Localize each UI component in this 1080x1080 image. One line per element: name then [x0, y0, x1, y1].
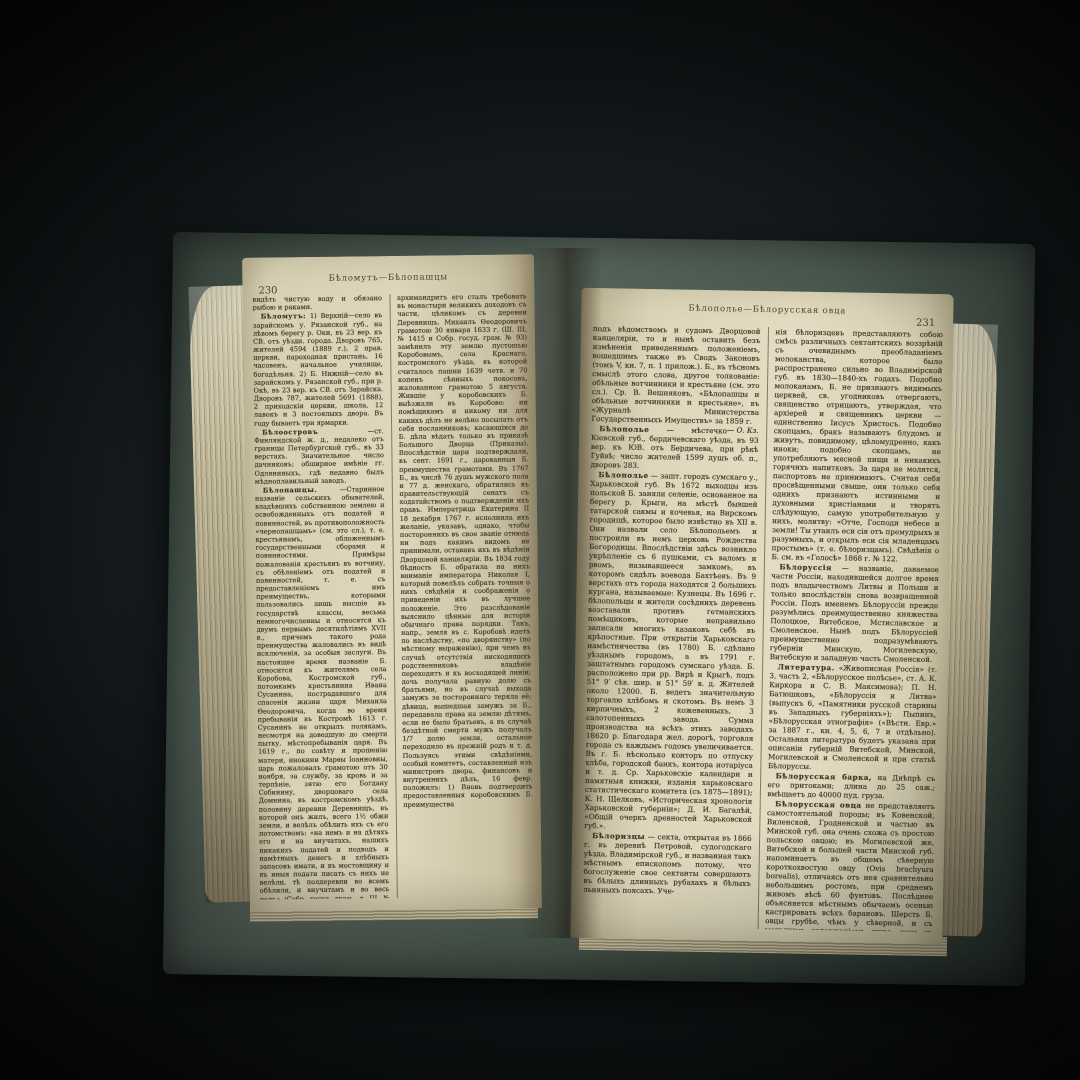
right-running-head: Бѣлополье—Бѣлорусская овца: [593, 302, 941, 318]
photo-background: Бѣломутъ—Бѣлопашцы 230 видѣть чистую вод…: [0, 0, 1080, 1080]
right-page-number: 231: [916, 318, 935, 329]
right-page: Бѣлополье—Бѣлорусская овца 231 подъ вѣдо…: [570, 288, 953, 944]
right-page-column-1: подъ вѣдомствомъ и судомъ Дворцовой канц…: [583, 324, 761, 929]
left-page-column-1: видѣть чистую воду и обязано рыбою и рак…: [252, 294, 389, 900]
left-page-column-2: архимандритъ его сталъ требовать въ мона…: [389, 292, 534, 898]
left-page: Бѣломутъ—Бѣлопашцы 230 видѣть чистую вод…: [242, 254, 542, 912]
left-running-head: Бѣломутъ—Бѣлопашцы: [254, 271, 522, 284]
book-gutter-shadow: [518, 248, 602, 938]
right-page-column-2: нія бѣлоризцевъ представляютъ собою смѣс…: [757, 327, 943, 932]
